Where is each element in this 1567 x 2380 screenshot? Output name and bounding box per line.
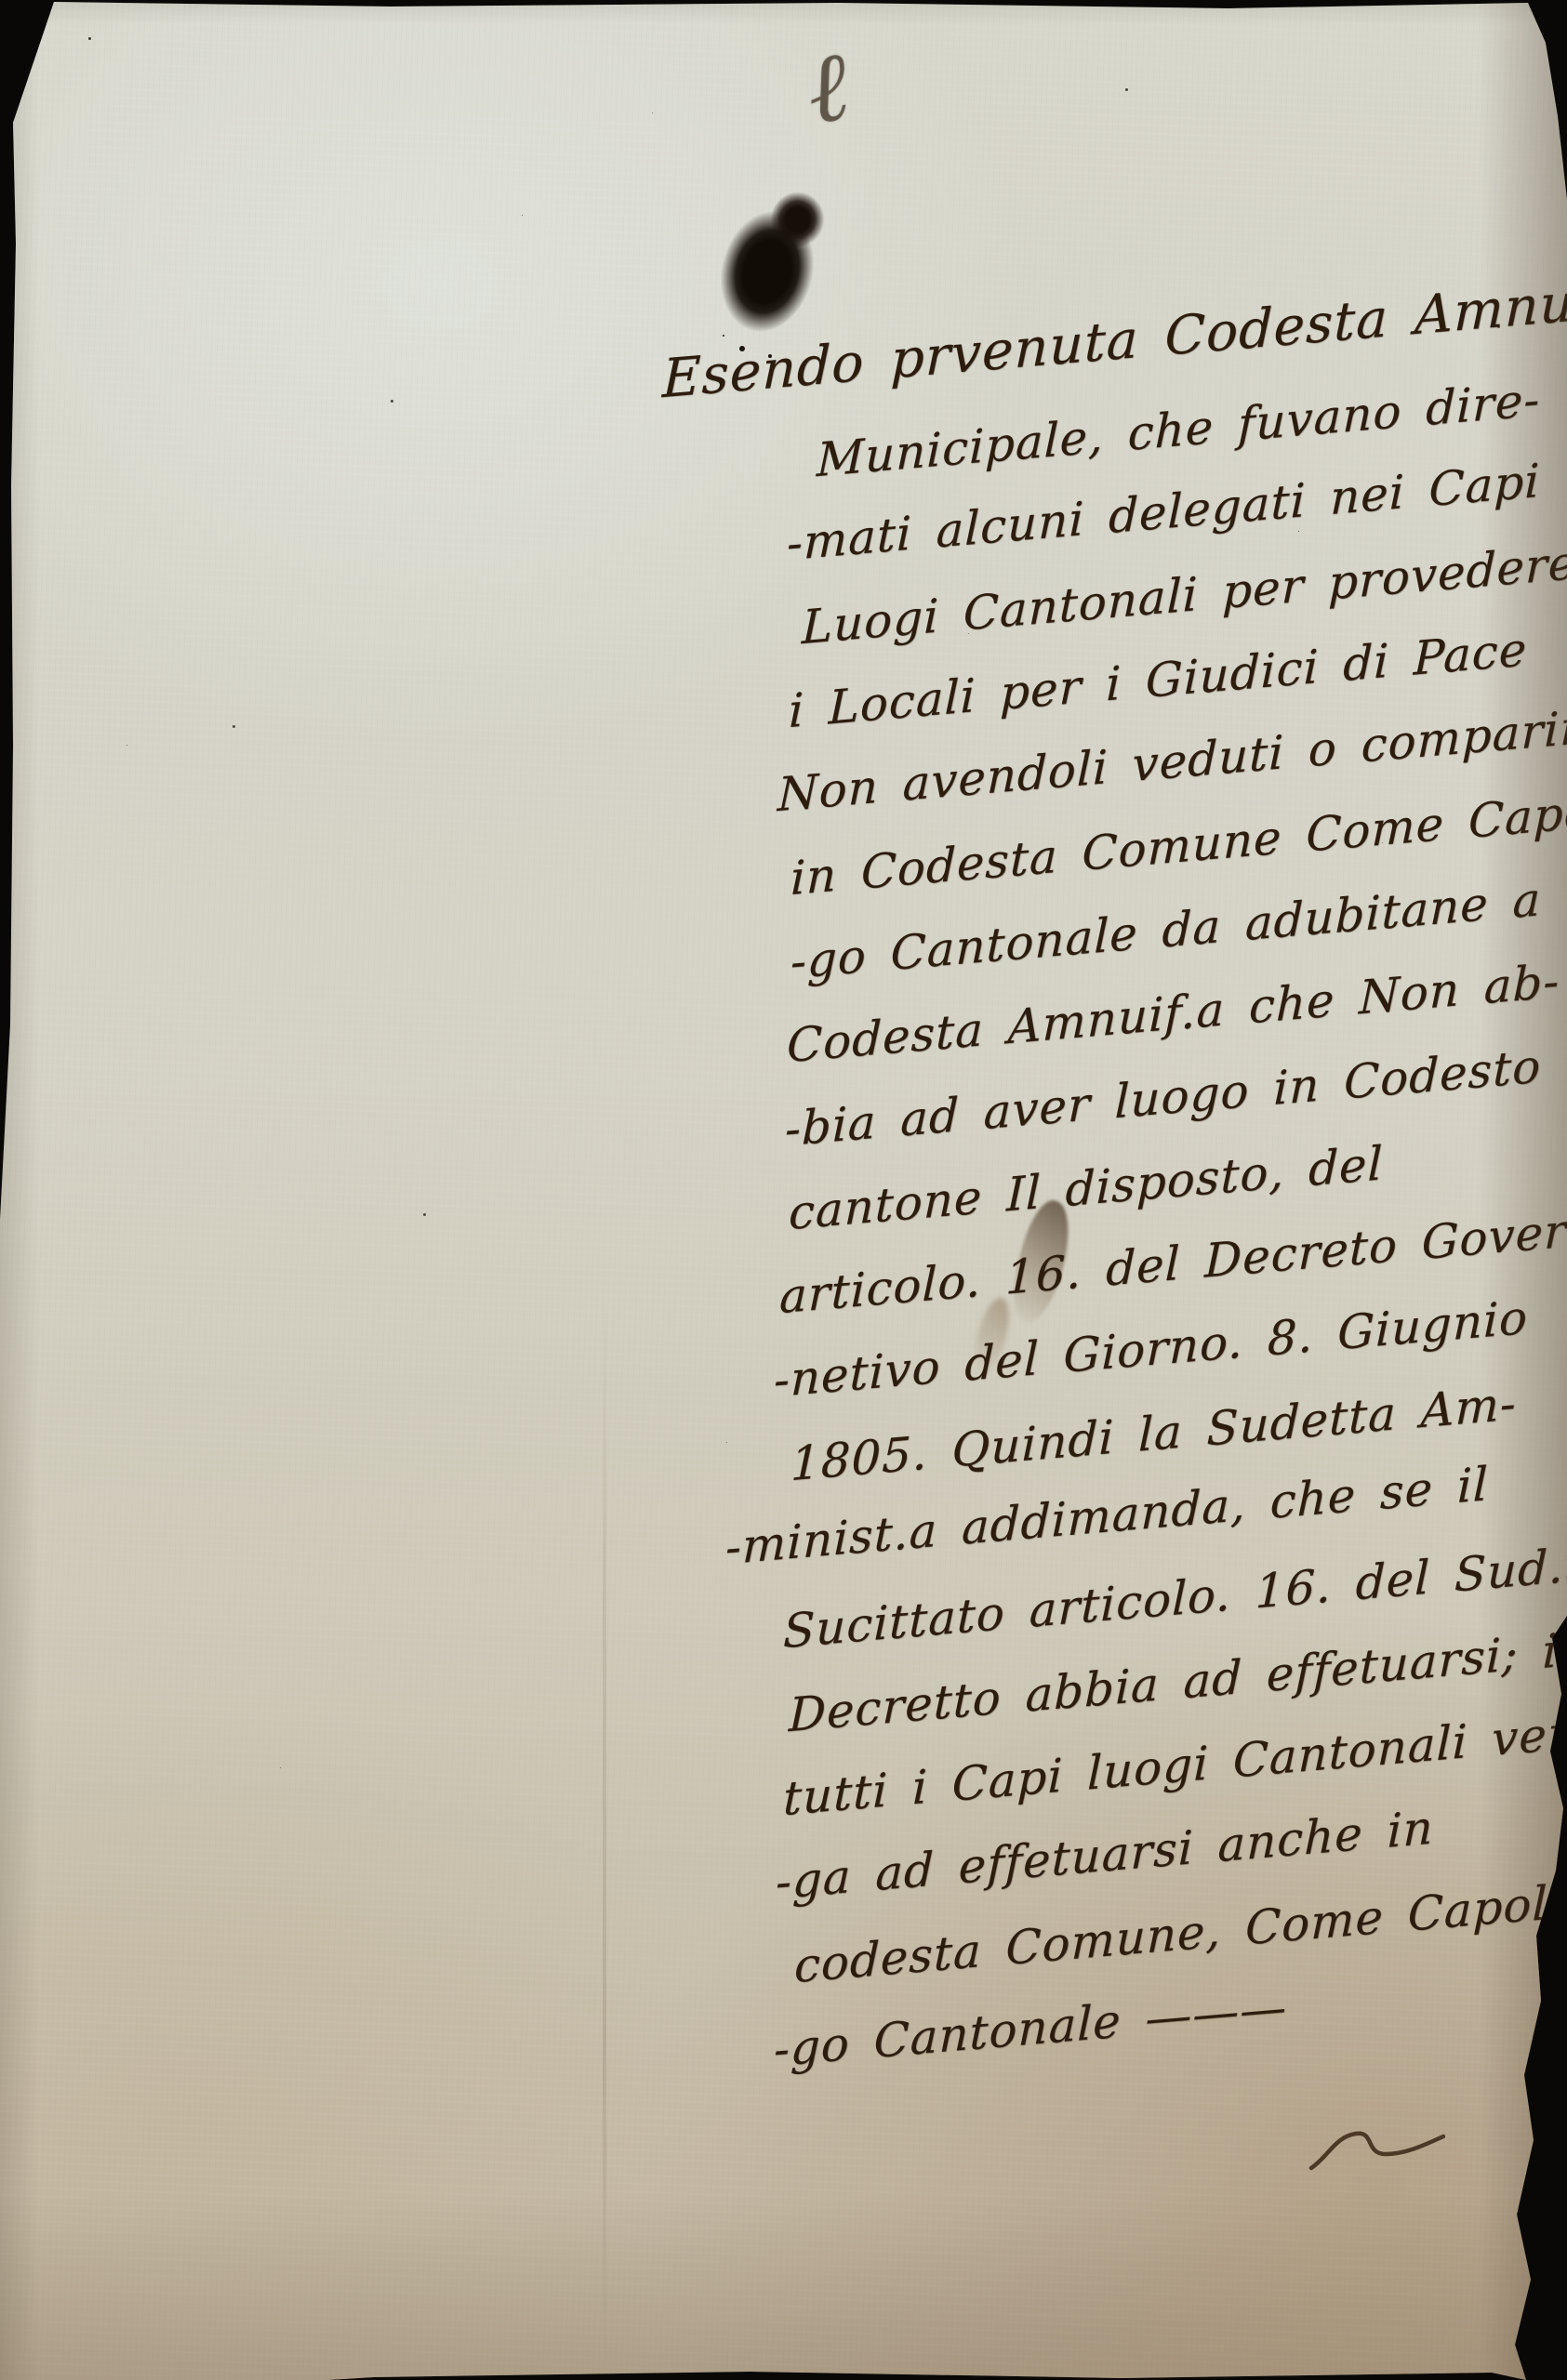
- manuscript-line: tutti i Capi luogi Cantonali ven-: [783, 1708, 1567, 1823]
- manuscript-line: -go Cantonale ———: [774, 1983, 1288, 2073]
- ink-flourish: [1308, 2125, 1447, 2181]
- ink-blot: [708, 201, 826, 342]
- manuscript-line: Non avendoli veduti o comparire: [777, 702, 1567, 819]
- manuscript-line: -minist.a addimanda, che se il: [725, 1461, 1490, 1571]
- manuscript-line: -netivo del Giorno. 8. Giugnio: [774, 1294, 1529, 1404]
- ink-blot-spatter: [739, 346, 745, 351]
- ink-smudge: [1003, 1196, 1079, 1328]
- manuscript-line: -bia ad aver luogo in Codesto: [785, 1043, 1542, 1154]
- photo-background: { "page": { "mark": "ℓ", "lines": [ {"te…: [0, 0, 1567, 2380]
- manuscript-line: Municipale, che fuvano dire-: [817, 377, 1541, 484]
- manuscript-line: -ga ad effetuarsi anche in: [776, 1804, 1435, 1906]
- manuscript-line: i Locali per i Giudici di Pace: [789, 626, 1528, 734]
- manuscript-line: Esendo prvenuta Codesta Amnuff.a: [662, 269, 1567, 406]
- paper-crease: [603, 1283, 606, 2375]
- manuscript-line: 1805. Quindi la Sudetta Am-: [790, 1380, 1518, 1487]
- manuscript-page: ℓ Esendo prvenuta Codesta Amnuff.aMunici…: [0, 0, 1567, 2380]
- text-block: Esendo prvenuta Codesta Amnuff.aMunicipa…: [0, 0, 1567, 2380]
- manuscript-line: Luogi Cantonali per provedere: [802, 539, 1567, 651]
- manuscript-line: -go Cantonale da adubitane a: [790, 876, 1542, 985]
- manuscript-line: Codesta Amnuif.a che Non ab-: [787, 958, 1560, 1069]
- manuscript-line: Sucittato articolo. 16. del Sud.to: [783, 1539, 1567, 1655]
- paper-speckles: [88, 37, 91, 40]
- manuscript-line: cantone Il disposto, del: [789, 1140, 1384, 1236]
- manuscript-line: codesta Comune, Come Capoluo-: [794, 1873, 1567, 1990]
- manuscript-line: -mati alcuni delegati nei Capi: [787, 457, 1541, 567]
- manuscript-line: in Codesta Comune Come Capoluo-: [790, 780, 1567, 902]
- flourish-curve: [1308, 2125, 1447, 2177]
- manuscript-line: articolo. 16. del Decreto Gover-: [779, 1206, 1567, 1320]
- manuscript-line: Decretto abbia ad effetuarsi; in: [789, 1625, 1567, 1739]
- page-mark: ℓ: [801, 36, 854, 138]
